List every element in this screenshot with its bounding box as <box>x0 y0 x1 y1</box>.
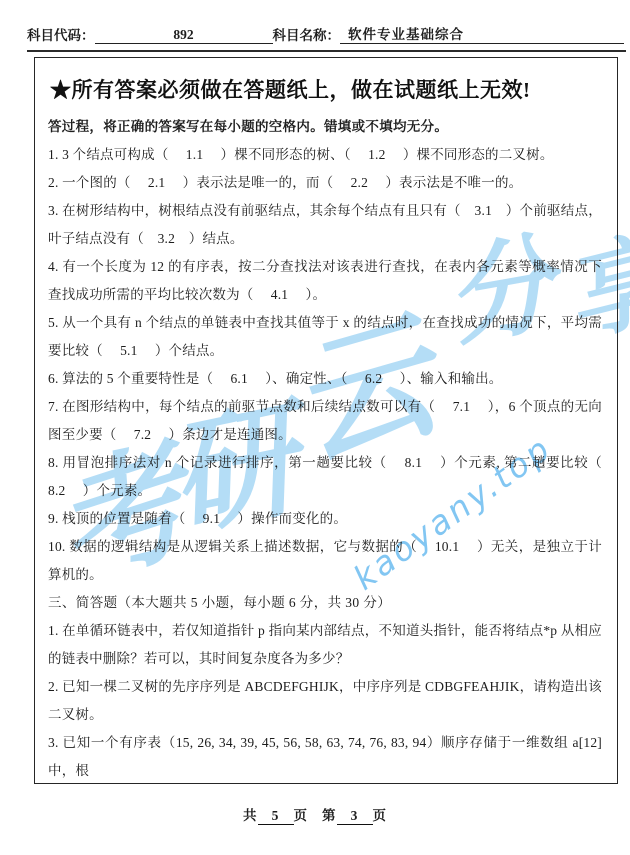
fill-blank-question-4: 4. 有一个长度为 12 的有序表，按二分查找法对该表进行查找，在表内各元素等概… <box>48 253 602 309</box>
subject-name-value: 软件专业基础综合 <box>340 26 624 44</box>
short-answer-question-2: 2. 已知一棵二叉树的先序序列是 ABCDEFGHIJK，中序序列是 CDBGF… <box>48 673 602 729</box>
total-pages-value: 5 <box>258 808 294 825</box>
paper-header: 科目代码： 892 科目名称： 软件专业基础综合 <box>27 26 624 44</box>
total-pages-label: 共 <box>243 808 258 823</box>
short-answer-question-1: 1. 在单循环链表中，若仅知道指针 p 指向某内部结点，不知道头指针，能否将结点… <box>48 617 602 673</box>
short-answer-question-3: 3. 已知一个有序表（15, 26, 34, 39, 45, 56, 58, 6… <box>48 729 602 785</box>
current-page-value: 3 <box>337 808 373 825</box>
current-page-label: 第 <box>322 808 337 823</box>
fill-blank-question-10: 10. 数据的逻辑结构是从逻辑关系上描述数据，它与数据的（ 10.1 ）无关，是… <box>48 533 602 589</box>
page-word: 页 <box>373 808 388 823</box>
page-footer: 共5页第3页 <box>0 804 630 825</box>
exam-paper-page: 考 研 云 分 享 kaoyany.top 科目代码： 892 科目名称： 软件… <box>0 0 630 855</box>
page-word: 页 <box>294 808 309 823</box>
answer-sheet-notice: ★所有答案必须做在答题纸上，做在试题纸上无效! <box>50 74 602 104</box>
fill-blank-question-6: 6. 算法的 5 个重要特性是（ 6.1 ）、确定性、（ 6.2 ）、输入和输出… <box>48 365 602 393</box>
subject-code-label: 科目代码： <box>27 27 95 44</box>
fill-blank-question-8: 8. 用冒泡排序法对 n 个记录进行排序，第一趟要比较（ 8.1 ）个元素, 第… <box>48 449 602 505</box>
fill-blank-question-7: 7. 在图形结构中，每个结点的前驱节点数和后续结点数可以有（ 7.1 ），6 个… <box>48 393 602 449</box>
header-divider <box>27 50 626 52</box>
fill-blank-question-1: 1. 3 个结点可构成（ 1.1 ）棵不同形态的树、（ 1.2 ）棵不同形态的二… <box>48 141 602 169</box>
fill-blank-instructions: 答过程，将正确的答案写在每小题的空格内。错填或不填均无分。 <box>48 113 602 141</box>
subject-name-label: 科目名称： <box>273 27 341 44</box>
fill-blank-question-2: 2. 一个图的（ 2.1 ）表示法是唯一的，而（ 2.2 ）表示法是不唯一的。 <box>48 169 602 197</box>
subject-code-value: 892 <box>95 26 273 44</box>
exam-content-box: ★所有答案必须做在答题纸上，做在试题纸上无效! 答过程，将正确的答案写在每小题的… <box>34 57 618 784</box>
question-body: 答过程，将正确的答案写在每小题的空格内。错填或不填均无分。 1. 3 个结点可构… <box>48 113 602 785</box>
short-answer-section-title: 三、简答题（本大题共 5 小题，每小题 6 分，共 30 分） <box>48 589 602 617</box>
fill-blank-question-9: 9. 栈顶的位置是随着（ 9.1 ）操作而变化的。 <box>48 505 602 533</box>
fill-blank-question-3: 3. 在树形结构中，树根结点没有前驱结点，其余每个结点有且只有（ 3.1 ）个前… <box>48 197 602 253</box>
fill-blank-question-5: 5. 从一个具有 n 个结点的单链表中查找其值等于 x 的结点时，在查找成功的情… <box>48 309 602 365</box>
